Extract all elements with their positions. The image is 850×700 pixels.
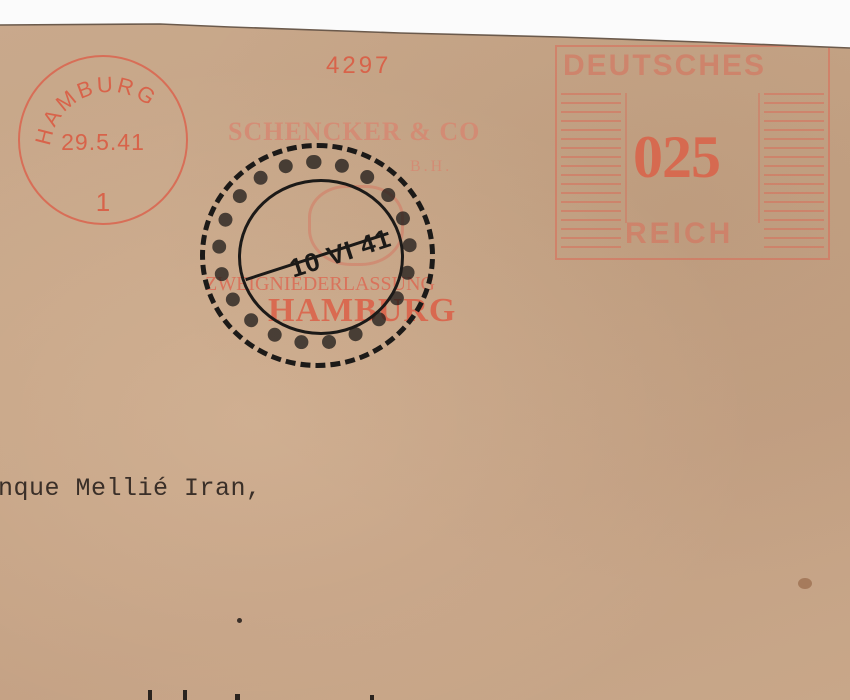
ink-speck	[237, 618, 242, 623]
cut-text-fragment	[235, 694, 240, 700]
meter-right-panel	[764, 93, 824, 253]
envelope: HAMBURG 29.5.41 1 4297 SCHENCKER & CO B.…	[0, 0, 850, 700]
meter-number: 4297	[326, 52, 391, 80]
cancel-office-number: 1	[20, 187, 186, 218]
meter-left-panel	[561, 93, 621, 253]
meter-stamp: DEUTSCHES 025 REICH	[555, 45, 830, 260]
meter-bottom-text: REICH	[625, 217, 733, 251]
cancel-date: 29.5.41	[20, 129, 186, 156]
black-postmark: 10 VI 41	[200, 143, 435, 368]
paper-stain	[798, 578, 812, 589]
meter-top-text: DEUTSCHES	[563, 49, 766, 83]
hamburg-cancel-stamp: HAMBURG 29.5.41 1	[18, 55, 188, 225]
meter-value: 025	[633, 123, 720, 192]
cut-text-fragment	[183, 690, 187, 700]
address-line: nque Mellié Iran,	[0, 474, 262, 503]
cut-text-fragment	[370, 695, 374, 700]
cut-text-fragment	[148, 690, 152, 700]
